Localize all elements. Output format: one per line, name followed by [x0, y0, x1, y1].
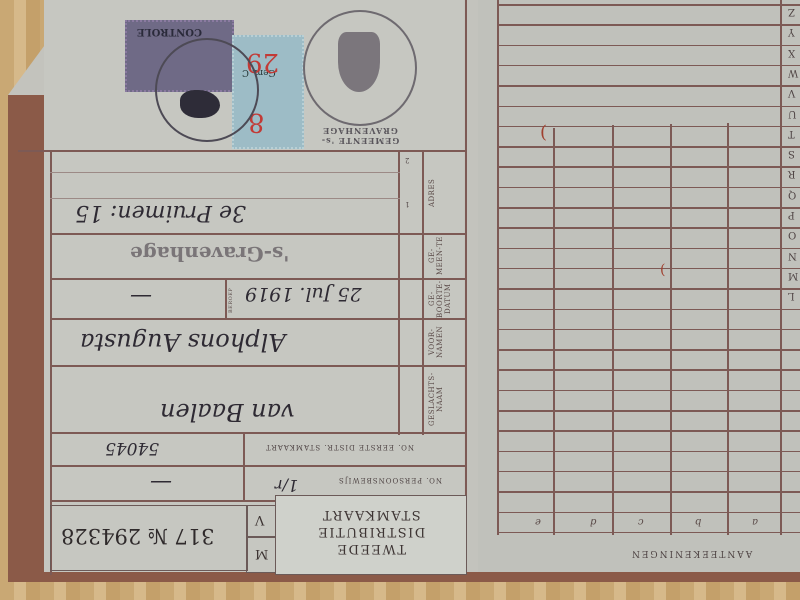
label-adres: ADRES — [428, 168, 436, 218]
label-gemeente: GE-MEEN-TE — [428, 235, 444, 277]
grid-row-line — [497, 532, 800, 534]
title-line-1: TWEEDE — [276, 540, 466, 557]
column-letter-e: e — [535, 516, 541, 527]
series-box: V M — [246, 505, 278, 573]
edge-letter: T — [788, 128, 795, 139]
city-coat-of-arms-icon — [338, 32, 380, 92]
series-divider — [247, 536, 277, 538]
edge-letter: M — [788, 270, 798, 281]
value-no-eerste-stamkaart: 54045 — [105, 438, 159, 458]
card-title-box: TWEEDE DISTRIBUTIE STAMKAART — [275, 495, 467, 575]
round-postmark — [155, 38, 259, 142]
right-page — [478, 0, 800, 580]
grid-row-line — [497, 85, 800, 87]
grid-row-line — [497, 410, 800, 412]
adres-row-mark-2: 2 — [404, 156, 409, 164]
series-letter-m: M — [255, 546, 268, 561]
grid-row-line — [497, 207, 800, 209]
grid-row-line — [497, 268, 800, 270]
form-line — [50, 365, 466, 367]
grid-row-line — [497, 187, 800, 189]
red-ink-mark: ( — [540, 122, 547, 143]
form-line — [50, 318, 466, 320]
value-beroep: — — [130, 284, 152, 309]
grid-row-line — [497, 106, 800, 108]
label-voornamen: VOOR-NAMEN — [428, 320, 444, 364]
column-letter-a: a — [752, 516, 758, 527]
form-divider — [243, 432, 245, 502]
card-edge — [8, 95, 44, 582]
grid-row-line — [497, 369, 800, 371]
form-line — [18, 150, 466, 152]
card-title: TWEEDE DISTRIBUTIE STAMKAART — [276, 506, 466, 557]
edge-letter: R — [788, 168, 796, 179]
label-column-divider — [422, 150, 424, 435]
grid-row-line — [497, 24, 800, 26]
series-letter-v: V — [255, 512, 264, 527]
grid-row-line — [497, 349, 800, 351]
grid-row-line — [497, 512, 800, 514]
beroep-divider — [225, 278, 227, 320]
grid-row-line — [497, 146, 800, 148]
form-line — [50, 172, 400, 173]
controle-stamp-text: CONTROLE — [137, 26, 202, 37]
grid-row-line — [497, 451, 800, 453]
column-letter-c: c — [638, 516, 644, 527]
edge-letter: P — [788, 209, 795, 220]
aanteekeningen-heading: AANTEEKENINGEN — [630, 548, 752, 558]
grid-column — [553, 128, 555, 535]
edge-letter: N — [788, 250, 797, 261]
label-geslachtsnaam: GESLACHTS-NAAM — [428, 368, 444, 430]
form-line — [50, 198, 400, 199]
grid-row-line — [497, 390, 800, 392]
grid-row-line — [497, 430, 800, 432]
card-number: 317 № 294328 — [61, 524, 214, 548]
grid-row-line — [497, 45, 800, 47]
form-border-right — [465, 0, 467, 575]
value-adres: 3e Pruimen: 15 — [75, 200, 246, 225]
grid-row-line — [497, 227, 800, 229]
title-line-2: DISTRIBUTIE — [276, 523, 466, 540]
edge-letter: L — [788, 290, 795, 301]
form-line — [50, 278, 466, 280]
edge-letter: W — [788, 67, 798, 78]
value-geboortedatum: 25 Jul. 1919 — [245, 283, 362, 305]
edge-letter: S — [788, 148, 795, 159]
gemeente-stamp-text: GEMEENTE 's-GRAVENHAGE — [300, 126, 420, 146]
value-gemeente: 's-Gravenhage — [130, 242, 289, 266]
label-no-persoonsbewijs: NO. PERSOONSBEWIJS — [338, 476, 442, 484]
value-no-persoonsbewijs: — — [150, 470, 172, 495]
card-number-box: 317 № 294328 — [50, 505, 248, 571]
edge-letter: Q — [788, 189, 796, 200]
edge-letter: Y — [788, 26, 795, 37]
label-column-divider-2 — [398, 150, 400, 435]
gemeente-stamp — [303, 10, 417, 126]
grid-row-line — [497, 491, 800, 493]
red-ink-mark: ( — [660, 262, 665, 278]
value-geslachtsnaam: van Baalen — [160, 398, 295, 426]
label-geboortedatum: GE-BOORTE-DATUM — [428, 280, 452, 318]
column-letter-b: b — [695, 516, 701, 527]
edge-letter: O — [788, 229, 796, 240]
grid-row-line — [497, 166, 800, 168]
label-no-eerste-stamkaart: NO. EERSTE DISTR. STAMKAART — [265, 443, 414, 451]
form-line — [50, 465, 466, 467]
form-line — [50, 233, 466, 235]
grid-row-line — [497, 4, 800, 6]
persoonsbewijs-mark: 1/r — [275, 476, 298, 495]
form-line — [50, 432, 466, 434]
grid-row-line — [497, 248, 800, 250]
distribution-card: ADRES GE-MEEN-TE GE-BOORTE-DATUM VOOR-NA… — [0, 0, 800, 585]
label-beroep: BEROEP — [228, 284, 234, 316]
edge-letter: Z — [788, 6, 795, 17]
adres-row-mark-1: 1 — [404, 200, 409, 208]
value-voornamen: Alphons Augusta — [80, 328, 286, 356]
grid-row-line — [497, 288, 800, 290]
postmark-emblem — [180, 90, 220, 118]
title-line-3: STAMKAART — [276, 506, 466, 523]
grid-row-line — [497, 329, 800, 331]
edge-letter: U — [788, 108, 796, 119]
column-letter-d: d — [590, 516, 596, 527]
grid-row-line — [497, 309, 800, 311]
edge-letter: X — [788, 47, 795, 58]
edge-letter: V — [788, 87, 795, 98]
grid-row-line — [497, 65, 800, 67]
grid-row-line — [497, 471, 800, 473]
